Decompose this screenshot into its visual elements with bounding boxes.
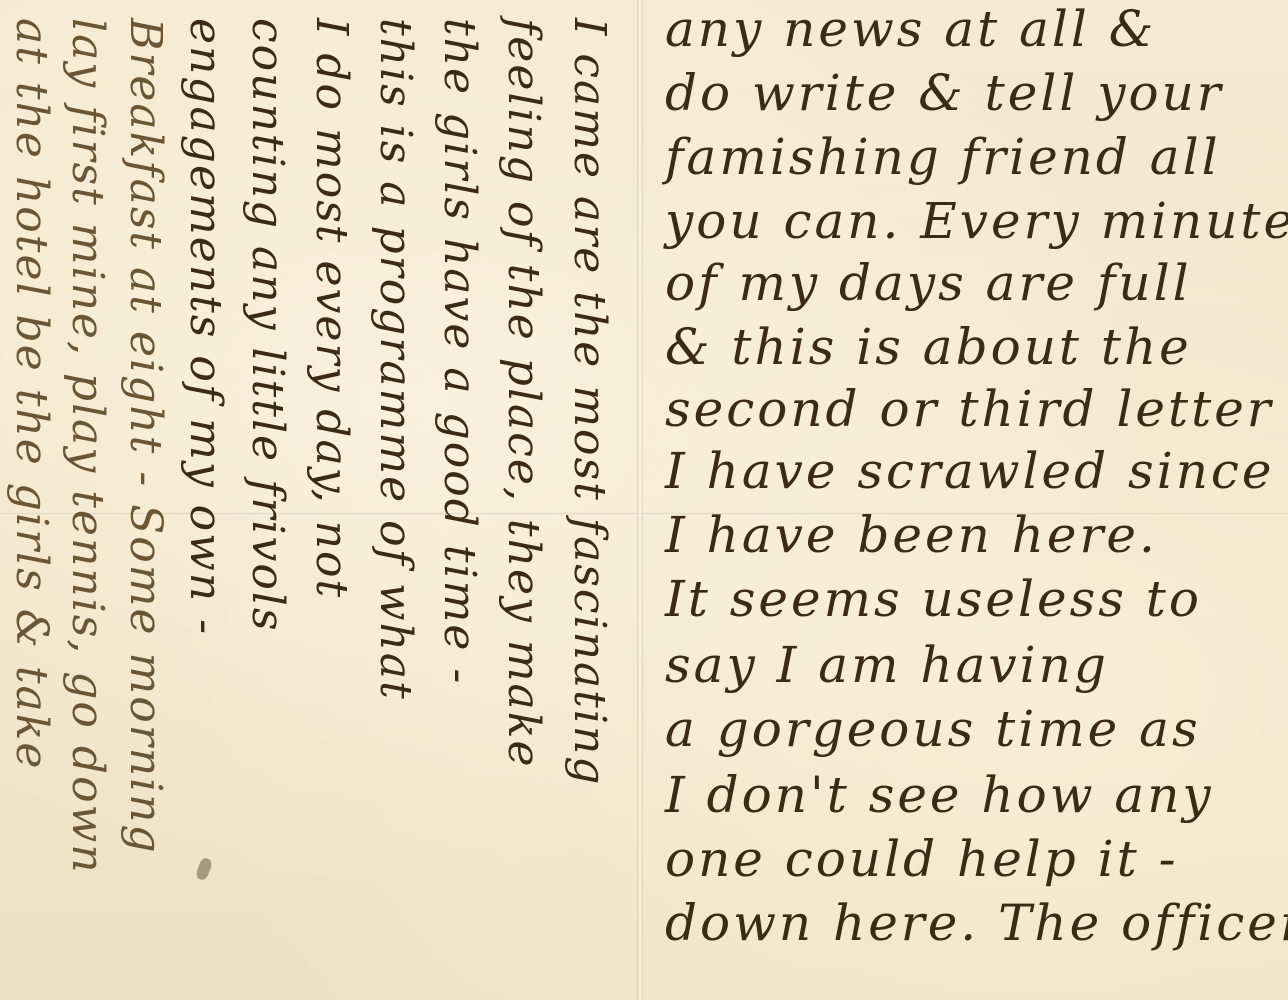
right-line-6: & this is about the — [665, 318, 1192, 376]
right-line-11: say I am having — [665, 636, 1109, 694]
left-line-3: the girls have a good time - — [434, 18, 485, 685]
left-line-10: at the hotel be the girls & take — [6, 18, 57, 770]
letter-spread: I came are the most fascinating feeling … — [0, 0, 1288, 1000]
left-line-9: lay first mine, play tennis, go down — [62, 18, 113, 875]
left-line-8: Breakfast at eight - Some morning — [120, 18, 171, 855]
right-line-14: one could help it - — [665, 830, 1179, 888]
right-line-7: second or third letter — [665, 380, 1274, 438]
right-line-15: down here. The officers — [665, 894, 1288, 952]
right-line-10: It seems useless to — [665, 570, 1202, 628]
left-page: I came are the most fascinating feeling … — [0, 0, 637, 1000]
right-line-5: of my days are full — [665, 254, 1192, 312]
right-line-8: I have scrawled since — [665, 442, 1274, 500]
left-line-6: counting any little frivols — [242, 18, 293, 632]
left-line-4: this is a programme of what — [370, 18, 421, 701]
right-line-12: a gorgeous time as — [665, 700, 1201, 758]
left-line-7: engagements of my own - — [180, 18, 231, 636]
left-line-2: feeling of the place, they make — [498, 18, 549, 769]
right-line-4: you can. Every minute — [665, 192, 1288, 250]
left-page-rotated-text: I came are the most fascinating feeling … — [0, 0, 637, 1000]
left-page-lines: I came are the most fascinating feeling … — [0, 18, 637, 1000]
right-line-3: famishing friend all — [665, 128, 1221, 186]
right-line-2: do write & tell your — [665, 64, 1224, 122]
right-page: any news at all & do write & tell your f… — [643, 0, 1288, 1000]
right-line-13: I don't see how any — [665, 766, 1214, 824]
right-line-9: I have been here. — [665, 506, 1158, 564]
left-line-1: I came are the most fascinating — [564, 18, 615, 786]
left-line-5: I do most every day, not — [306, 18, 357, 599]
right-line-1: any news at all & — [665, 0, 1156, 58]
